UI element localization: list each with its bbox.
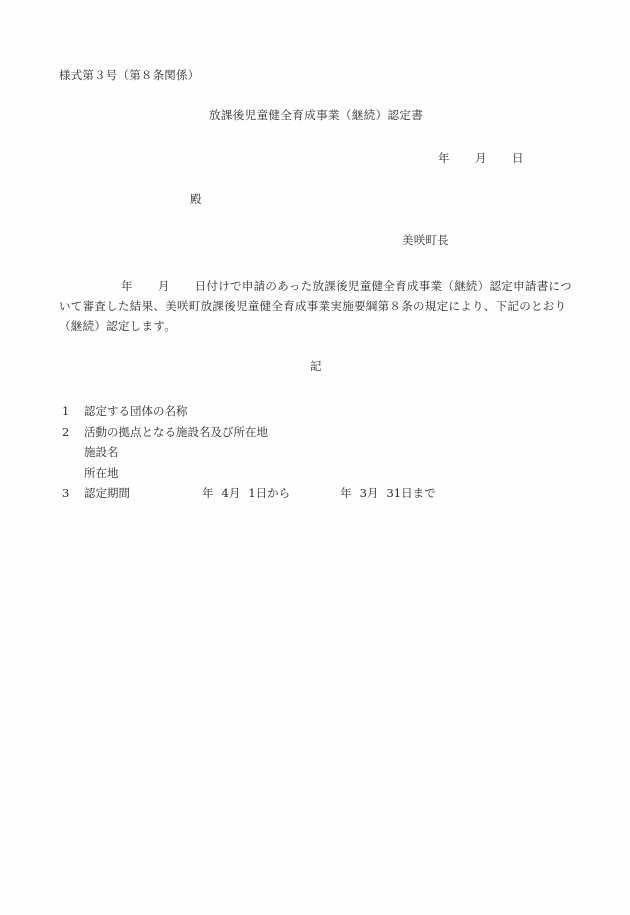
item-list: 1認定する団体の名称 2活動の拠点となる施設名及び所在地 施設名 所在地 3認定… (62, 401, 436, 504)
list-item: 3認定期間年4月1日から年3月31日まで (62, 483, 436, 504)
body-line-3: （継続）認定します。 (59, 316, 589, 336)
item-number: 1 (62, 401, 84, 422)
date-year-label: 年 (438, 153, 475, 165)
document-page: 様式第３号（第８条関係） 放課後児童健全育成事業（継続）認定書 年月日 殿 美咲… (0, 0, 630, 915)
body-line-1-text: 日付けで申請のあった放課後児童健全育成事業（継続）認定申請書につ (195, 279, 572, 293)
sub-item-facility-name: 施設名 (62, 442, 436, 463)
issuer-name: 美咲町長 (402, 235, 449, 247)
start-month: 4月 (222, 486, 241, 500)
list-item: 2活動の拠点となる施設名及び所在地 (62, 422, 436, 443)
end-day: 31日まで (386, 486, 435, 500)
end-month: 3月 (360, 486, 379, 500)
body-paragraph: 年月日付けで申請のあった放課後児童健全育成事業（継続）認定申請書につ いて審査し… (59, 276, 589, 336)
body-line-2: いて審査した結果、美咲町放課後児童健全育成事業実施要綱第８条の規定により、下記の… (59, 296, 589, 316)
start-day: 1日から (248, 486, 290, 500)
list-item: 1認定する団体の名称 (62, 401, 436, 422)
document-title: 放課後児童健全育成事業（継続）認定書 (209, 110, 423, 122)
item-number: 3 (62, 483, 84, 504)
start-year-label: 年 (202, 486, 214, 500)
form-number: 様式第３号（第８条関係） (59, 70, 199, 82)
body-year-label: 年 (121, 279, 133, 293)
sub-item-address: 所在地 (62, 463, 436, 484)
issue-date: 年月日 (438, 153, 524, 165)
addressee-suffix: 殿 (190, 194, 202, 206)
sub-item-label: 施設名 (84, 445, 119, 459)
body-line-1: 年月日付けで申請のあった放課後児童健全育成事業（継続）認定申請書につ (59, 276, 589, 296)
item-number: 2 (62, 422, 84, 443)
body-month-label: 月 (158, 279, 170, 293)
date-month-label: 月 (475, 153, 512, 165)
sub-item-label: 所在地 (84, 466, 119, 480)
date-day-label: 日 (512, 153, 524, 165)
end-year-label: 年 (340, 486, 352, 500)
item-label: 認定期間 (84, 483, 202, 504)
item-label: 活動の拠点となる施設名及び所在地 (84, 425, 268, 439)
ki-heading: 記 (310, 361, 322, 373)
item-label: 認定する団体の名称 (84, 404, 188, 418)
